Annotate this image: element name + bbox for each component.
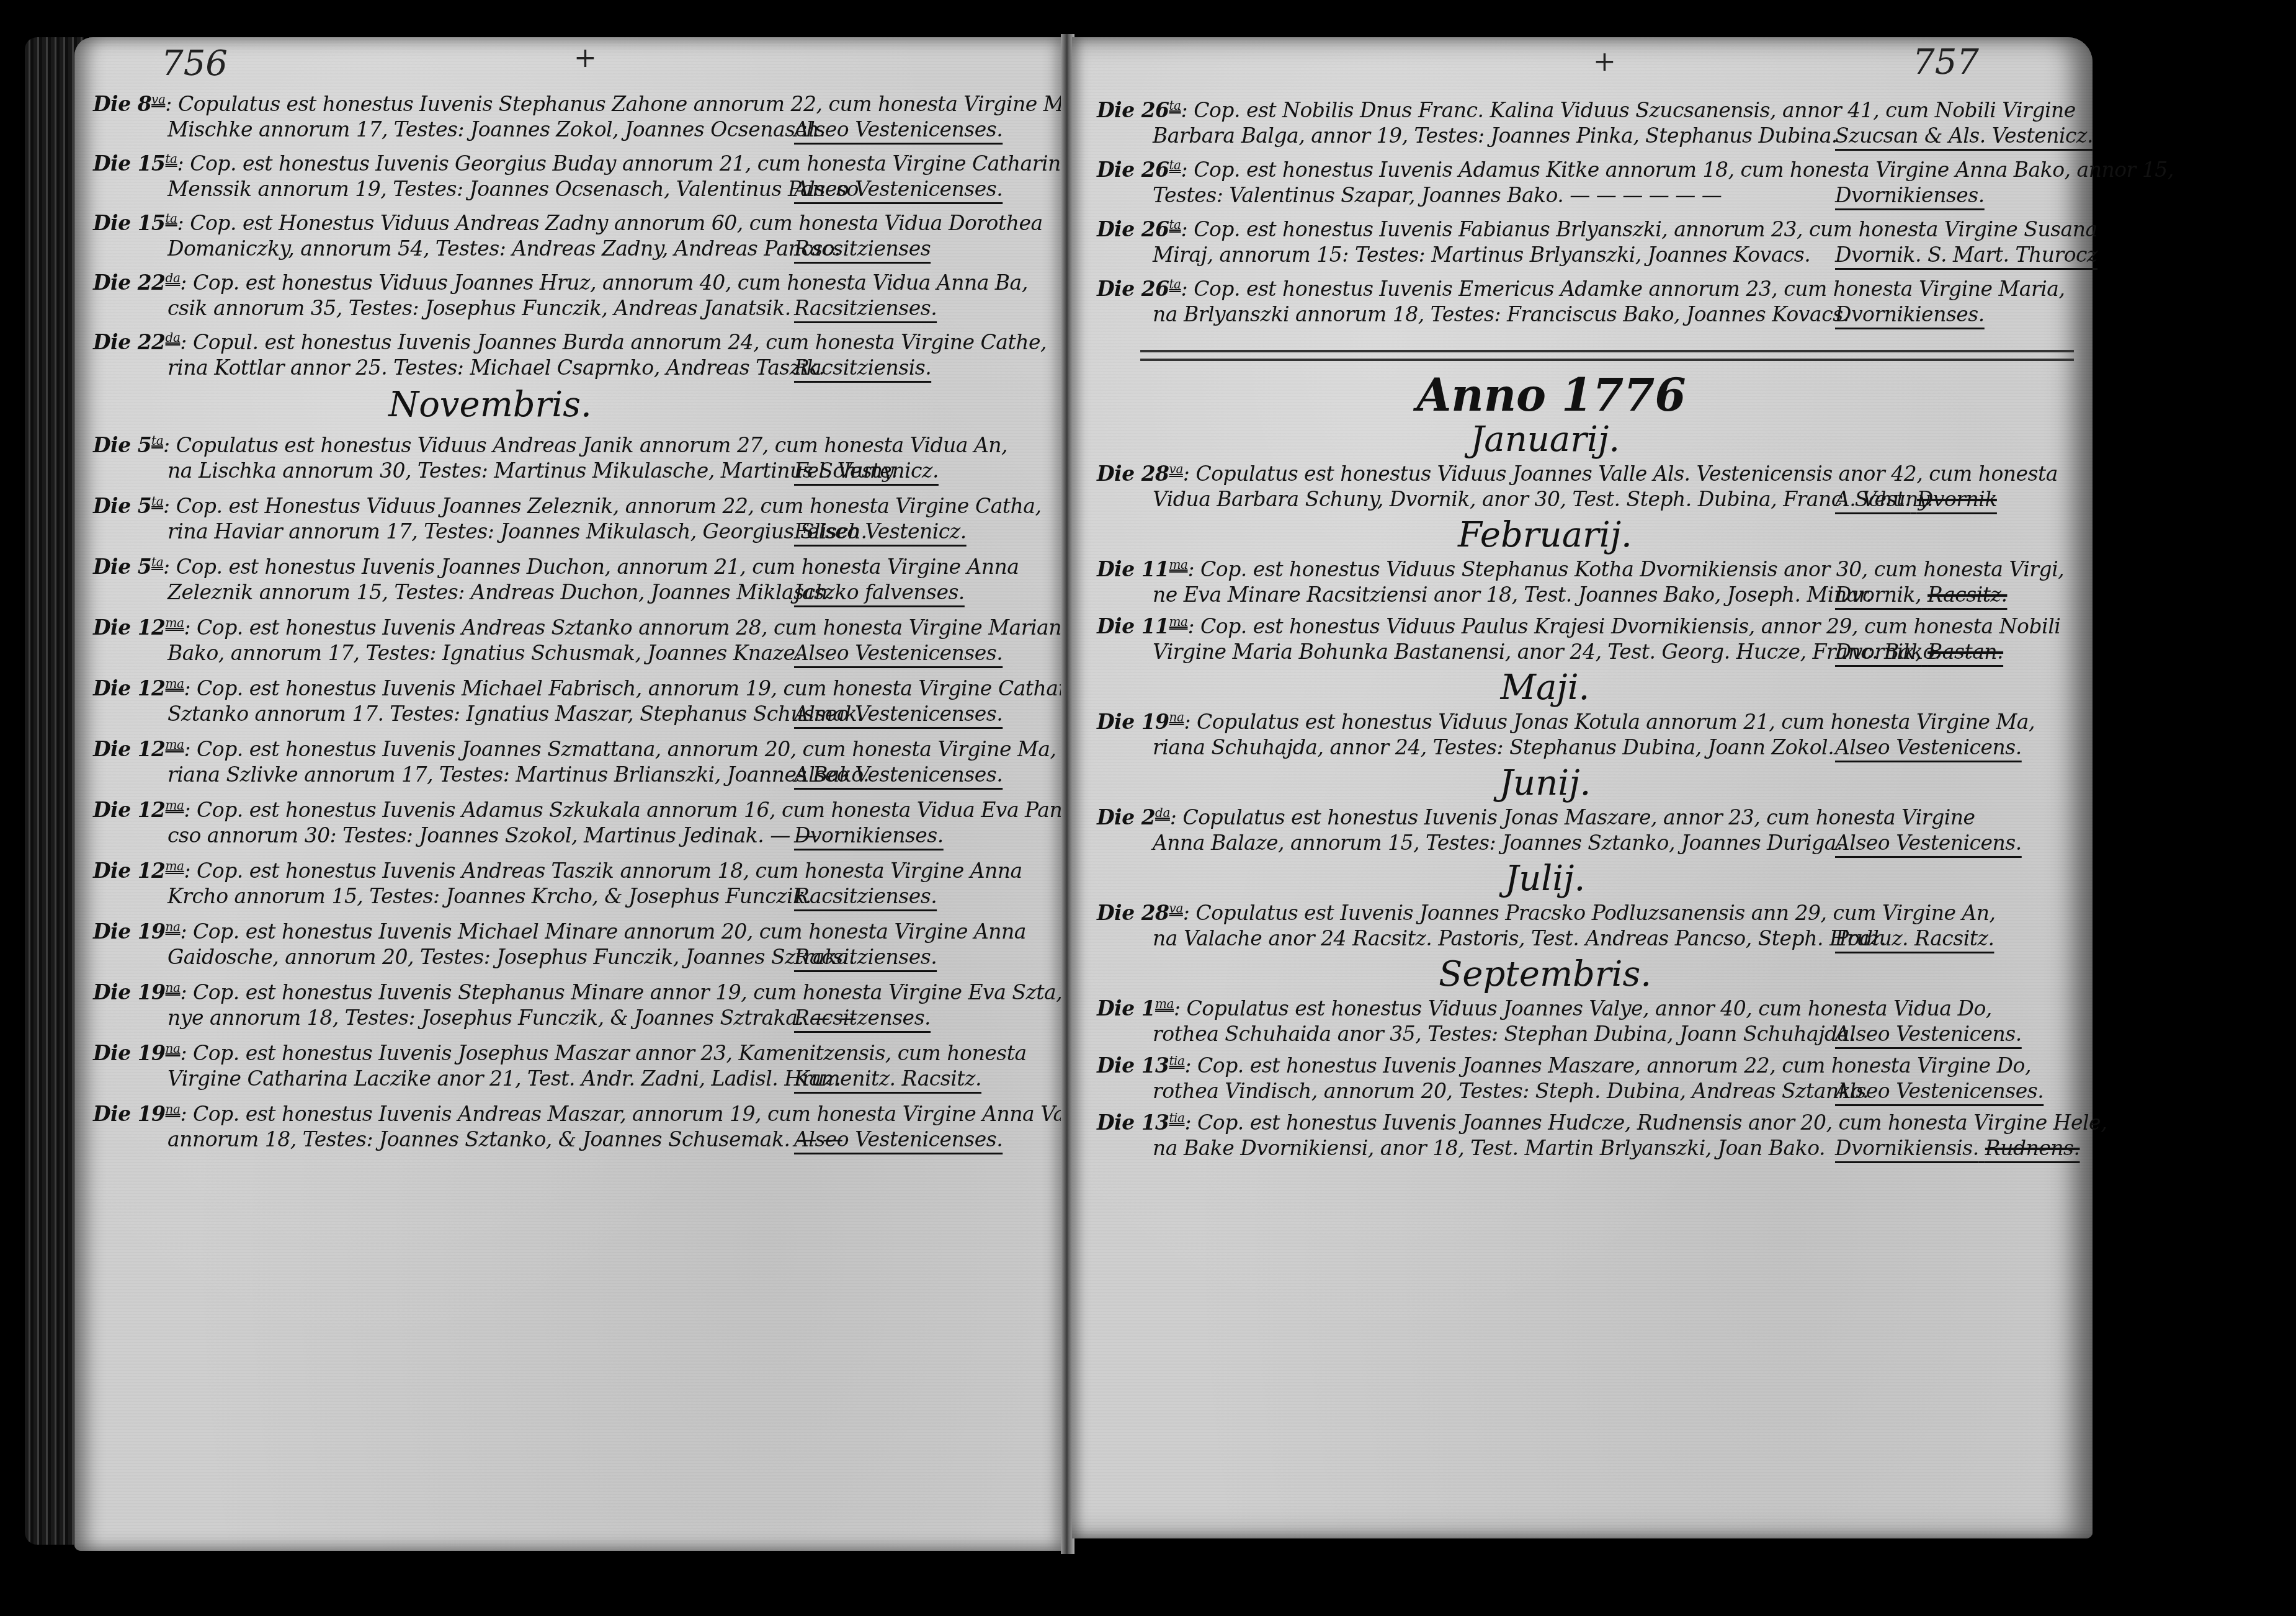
entry-day-label: Die <box>1097 614 1141 638</box>
entry-line-1: Die 22da: Copul. est honestus Iuvenis Jo… <box>93 331 1047 352</box>
struck-place: Bastan. <box>1927 640 2003 664</box>
entry-place: Dvornikienses. <box>1835 185 1985 205</box>
entry-text: Cop. est honestus Iuvenis Fabianus Brlya… <box>1194 217 2097 241</box>
entry-text: Cop. est Honestus Viduus Joannes Zelezni… <box>176 494 1042 518</box>
entry-place: Racsitziensis. <box>794 357 931 378</box>
entry-day-label: Die <box>93 330 138 354</box>
entry-text: Cop. est honestus Iuvenis Joannes Hudcze… <box>1197 1110 2107 1135</box>
register-entry: Die 12ma: Cop. est honestus Iuvenis Andr… <box>74 617 1061 666</box>
right-page: + 757 Die 26ta: Cop. est Nobilis Dnus Fr… <box>1072 37 2093 1538</box>
entry-day-suffix: ma <box>166 615 184 630</box>
entry-line-2: rina Kottlar annor 25. Testes: Michael C… <box>168 357 824 378</box>
entry-line-2: Mischke annorum 17, Testes: Joannes Zoko… <box>168 119 825 140</box>
entry-text: Virgine Catharina Laczike anor 21, Test.… <box>168 1066 841 1091</box>
register-entry: Die 19na: Cop. est honestus Iuvenis Mich… <box>74 921 1061 970</box>
entry-day-label: Die <box>1097 996 1141 1020</box>
entry-text: na Bake Dvornikiensi, anor 18, Test. Mar… <box>1153 1136 1825 1160</box>
register-entry: Die 15ta: Cop. est Honestus Viduus Andre… <box>74 212 1061 262</box>
entry-day-suffix: ta <box>166 211 177 226</box>
place-name: Racsitzienses. <box>794 945 937 969</box>
entry-day: 12 <box>138 798 166 822</box>
place-name: Alseo Vestenicens. <box>1835 1022 2022 1046</box>
entry-place: Alseo Vestenicenses. <box>794 179 1003 199</box>
entry-day-label: Die <box>93 1041 138 1065</box>
entry-line-2: rothea Vindisch, annorum 20, Testes: Ste… <box>1153 1081 1869 1101</box>
entry-day-suffix: na <box>166 1041 181 1056</box>
entry-text: Copulatus est honestus Iuvenis Stephanus… <box>178 92 1104 116</box>
entry-line-1: Die 19na: Copulatus est honestus Viduus … <box>1097 711 2035 732</box>
register-entry: Die 11ma: Cop. est honestus Viduus Paulu… <box>1072 615 2093 665</box>
register-entry: Die 26ta: Cop. est honestus Iuvenis Fabi… <box>1072 218 2093 268</box>
place-name: Alseo Vestenicens. <box>1835 831 2022 855</box>
entry-text: Virgine Maria Bohunka Bastanensi, anor 2… <box>1153 640 1941 664</box>
entry-day: 19 <box>1141 710 1169 734</box>
register-entry: Die 2da: Copulatus est honestus Iuvenis … <box>1072 806 2093 856</box>
entry-text: Cop. est Honestus Viduus Andreas Zadny a… <box>190 211 1042 235</box>
entry-text: Zeleznik annorum 15, Testes: Andreas Duc… <box>168 580 834 604</box>
place-name: Alseo Vestenicens. <box>1835 735 2022 759</box>
entry-line-1: Die 22da: Cop. est honestus Viduus Joann… <box>93 272 1028 293</box>
place-name: Alseo Vestenicenses. <box>794 762 1003 787</box>
entry-line-1: Die 12ma: Cop. est honestus Iuvenis Joan… <box>93 738 1056 759</box>
entry-line-2: Bako, annorum 17, Testes: Ignatius Schus… <box>168 643 802 663</box>
place-name: Dvornikiensis. <box>1835 1136 1979 1160</box>
entry-day: 26 <box>1141 158 1169 182</box>
entry-text: Cop. est honestus Iuvenis Joannes Szmatt… <box>197 737 1056 761</box>
entry-day-suffix: ma <box>166 676 184 691</box>
entry-line-2: rothea Schuhaida anor 35, Testes: Stepha… <box>1153 1024 1856 1044</box>
entry-day-label: Die <box>1097 557 1141 581</box>
entry-day-suffix: ma <box>166 859 184 873</box>
entry-line-1: Die 26ta: Cop. est Nobilis Dnus Franc. K… <box>1097 99 2076 120</box>
entry-day: 13 <box>1141 1053 1169 1078</box>
register-entry: Die 26ta: Cop. est Nobilis Dnus Franc. K… <box>1072 99 2093 149</box>
register-entry: Die 26ta: Cop. est honestus Iuvenis Adam… <box>1072 159 2093 208</box>
entry-line-2: Gaidosche, annorum 20, Testes: Josephus … <box>168 947 855 967</box>
entry-day: 22 <box>138 270 166 295</box>
entry-text: csik annorum 35, Testes: Josephus Funczi… <box>168 296 791 320</box>
double-rule-bottom <box>1140 359 2074 361</box>
place-name: Dvornikienses. <box>794 823 944 847</box>
entry-text: Cop. est honestus Iuvenis Adamus Szkukal… <box>197 798 1068 822</box>
entry-line-2: Testes: Valentinus Szapar, Joannes Bako.… <box>1153 185 1722 205</box>
entry-place: Dvornik, Bastan. <box>1835 641 2003 662</box>
entry-text: annorum 18, Testes: Joannes Sztanko, & J… <box>168 1127 842 1151</box>
register-entry: Die 19na: Copulatus est honestus Viduus … <box>1072 711 2093 761</box>
register-entry: Die 19na: Cop. est honestus Iuvenis Jose… <box>74 1042 1061 1092</box>
entry-line-1: Die 12ma: Cop. est honestus Iuvenis Mich… <box>93 677 1099 699</box>
entry-day: 26 <box>1141 217 1169 241</box>
entry-line-2: Domaniczky, annorum 54, Testes: Andreas … <box>168 238 841 259</box>
entry-day-suffix: ma <box>1169 557 1188 572</box>
entry-day-suffix: tia <box>1169 1053 1185 1068</box>
entry-text: Cop. est honestus Iuvenis Adamus Kitke a… <box>1194 158 2174 182</box>
entry-text: na Brlyanszki annorum 18, Testes: Franci… <box>1153 302 1849 326</box>
entry-day: 5 <box>138 494 151 518</box>
register-entry: Die 22da: Copul. est honestus Iuvenis Jo… <box>74 331 1061 381</box>
register-entry: Die 26ta: Cop. est honestus Iuvenis Emer… <box>1072 278 2093 328</box>
place-name: Felseo Vestenicz. <box>794 519 967 543</box>
register-entry: Die 19na: Cop. est honestus Iuvenis Step… <box>74 981 1061 1031</box>
entry-day-suffix: ta <box>1169 277 1181 292</box>
entry-line-2: csik annorum 35, Testes: Josephus Funczi… <box>168 298 791 318</box>
entry-text: Cop. est honestus Viduus Paulus Krajesi … <box>1200 614 2060 638</box>
entry-text: ne Eva Minare Racsitziensi anor 18, Test… <box>1153 583 1872 607</box>
entry-day: 1 <box>1141 996 1155 1020</box>
place-name: Racsitzenses. <box>794 1006 931 1030</box>
page-number-left: 756 <box>161 43 228 84</box>
place-name: Dvornik, <box>1835 640 1921 664</box>
entry-day-suffix: na <box>166 1102 181 1117</box>
entry-day: 12 <box>138 615 166 640</box>
entry-day-suffix: ma <box>1155 996 1174 1011</box>
month-heading: Septembris. <box>998 954 2093 994</box>
register-entry: Die 12ma: Cop. est honestus Iuvenis Joan… <box>74 738 1061 788</box>
entry-place: Felseo Vestenicz. <box>794 521 967 542</box>
entry-text: Cop. est honestus Iuvenis Andreas Taszik… <box>197 859 1022 883</box>
entry-day-suffix: na <box>1169 710 1184 725</box>
entry-text: Cop. est honestus Viduus Joannes Hruz, a… <box>193 270 1028 295</box>
entry-text: Miraj, annorum 15: Testes: Martinus Brly… <box>1153 243 1810 267</box>
register-entry: Die 12ma: Cop. est honestus Iuvenis Mich… <box>74 677 1061 727</box>
entry-line-2: Virgine Maria Bohunka Bastanensi, anor 2… <box>1153 641 1941 662</box>
entry-day-label: Die <box>93 1102 138 1126</box>
entry-text: Cop. est honestus Iuvenis Michael Fabris… <box>197 676 1099 700</box>
entry-text: Cop. est honestus Iuvenis Andreas Sztank… <box>197 615 1073 640</box>
entry-text: Copulatus est honestus Viduus Joannes Va… <box>1187 996 1992 1020</box>
entry-text: Cop. est honestus Iuvenis Joannes Duchon… <box>176 555 1019 579</box>
entry-day-suffix: va <box>151 92 165 107</box>
entry-line-1: Die 11ma: Cop. est honestus Viduus Paulu… <box>1097 615 2060 636</box>
entry-text: Anna Balaze, annorum 15, Testes: Joannes… <box>1153 831 1843 855</box>
entry-line-1: Die 13tia: Cop. est honestus Iuvenis Joa… <box>1097 1112 2107 1133</box>
entry-line-1: Die 19na: Cop. est honestus Iuvenis Step… <box>93 981 1062 1002</box>
entry-line-2: cso annorum 30: Testes: Joannes Szokol, … <box>168 825 816 846</box>
entry-text: riana Schuhajda, annor 24, Testes: Steph… <box>1153 735 1834 759</box>
entry-text: Copulatus est Iuvenis Joannes Pracsko Po… <box>1195 901 1995 925</box>
entry-text: Copulatus est honestus Viduus Jonas Kotu… <box>1197 710 2035 734</box>
entry-text: Copulatus est honestus Viduus Andreas Ja… <box>176 433 1007 457</box>
entry-place: Racsitzienses. <box>794 947 937 967</box>
entry-line-1: Die 2da: Copulatus est honestus Iuvenis … <box>1097 806 1975 828</box>
place-name: Dvornikienses. <box>1835 302 1985 326</box>
entry-day-suffix: ma <box>1169 614 1188 629</box>
entry-line-1: Die 1ma: Copulatus est honestus Viduus J… <box>1097 998 1992 1019</box>
entry-day-label: Die <box>1097 217 1141 241</box>
place-name: Racsitziensis. <box>794 355 931 380</box>
register-entry: Die 28va: Copulatus est honestus Viduus … <box>1072 463 2093 512</box>
entry-text: Cop. est honestus Iuvenis Joannes Maszar… <box>1197 1053 2031 1078</box>
entry-day-label: Die <box>93 494 138 518</box>
entry-day: 28 <box>1141 901 1169 925</box>
double-rule-top <box>1140 350 2074 352</box>
entry-line-1: Die 19na: Cop. est honestus Iuvenis Andr… <box>93 1103 1102 1124</box>
entry-day-suffix: ta <box>151 433 163 448</box>
entry-day: 19 <box>138 1102 166 1126</box>
entry-place: Szucsan & Als. Vestenicz. <box>1835 125 2093 146</box>
entry-line-2: Sztanko annorum 17. Testes: Ignatius Mas… <box>168 703 863 724</box>
entry-text: Gaidosche, annorum 20, Testes: Josephus … <box>168 945 855 969</box>
month-heading: Novembris. <box>0 385 1061 425</box>
place-name: Alseo Vestenicenses. <box>794 117 1003 141</box>
entry-line-2: Menssik annorum 19, Testes: Joannes Ocse… <box>168 179 864 199</box>
cross-mark: + <box>1593 46 1616 78</box>
entry-text: Cop. est honestus Iuvenis Michael Minare… <box>193 919 1026 944</box>
entry-day-label: Die <box>1097 710 1141 734</box>
place-name: A. Vest. <box>1835 487 1911 511</box>
entry-line-1: Die 12ma: Cop. est honestus Iuvenis Andr… <box>93 860 1022 881</box>
entry-day: 19 <box>138 919 166 944</box>
page-number-right: 757 <box>1913 42 1979 83</box>
entry-place: Alseo Vestenicenses. <box>794 1129 1003 1150</box>
entry-place: Jaszko falvenses. <box>794 582 965 602</box>
entry-text: rothea Vindisch, annorum 20, Testes: Ste… <box>1153 1079 1869 1103</box>
entry-line-1: Die 12ma: Cop. est honestus Iuvenis Andr… <box>93 617 1073 638</box>
entry-day-suffix: va <box>1169 901 1183 916</box>
entry-line-1: Die 26ta: Cop. est honestus Iuvenis Emer… <box>1097 278 2065 299</box>
entry-day-suffix: ta <box>151 555 163 569</box>
entry-text: Bako, annorum 17, Testes: Ignatius Schus… <box>168 641 802 665</box>
entry-day-suffix: ta <box>1169 158 1181 172</box>
entry-day-suffix: tia <box>1169 1110 1185 1125</box>
entry-place: Dvornikiensis. Rudnens. <box>1835 1138 2080 1158</box>
entry-day-label: Die <box>93 433 138 457</box>
entry-line-1: Die 8va: Copulatus est honestus Iuvenis … <box>93 93 1104 114</box>
entry-place: Dvornik. S. Mart. Thurocz <box>1835 244 2097 265</box>
entry-place: Podluz. Racsitz. <box>1835 928 1994 949</box>
entry-place: Alseo Vestenicenses. <box>794 643 1003 663</box>
entry-text: cso annorum 30: Testes: Joannes Szokol, … <box>168 823 816 847</box>
entry-day-label: Die <box>1097 158 1141 182</box>
entry-day-suffix: na <box>166 980 181 995</box>
entry-day-suffix: da <box>166 270 181 285</box>
entry-text: Copul. est honestus Iuvenis Joannes Burd… <box>193 330 1047 354</box>
entry-day-label: Die <box>93 615 138 640</box>
entry-day-label: Die <box>93 798 138 822</box>
place-name: Alseo Vestenicenses. <box>1835 1079 2044 1103</box>
struck-place: Racsitz. <box>1927 583 2007 607</box>
entry-place: A. Vest. Dvornik <box>1835 489 1997 509</box>
struck-place: Rudnens. <box>1985 1136 2080 1160</box>
place-name: Racsitzienses. <box>794 884 937 908</box>
entry-text: Menssik annorum 19, Testes: Joannes Ocse… <box>168 177 864 201</box>
entry-day: 28 <box>1141 462 1169 486</box>
entry-day-suffix: ta <box>1169 217 1181 232</box>
entry-day-suffix: ma <box>166 737 184 752</box>
place-name: Fel. Vestenicz. <box>794 458 939 483</box>
place-name: Dvornik. S. Mart. Thurocz <box>1835 243 2097 267</box>
entry-day: 12 <box>138 737 166 761</box>
entry-line-1: Die 11ma: Cop. est honestus Viduus Steph… <box>1097 558 2064 579</box>
entry-line-2: nye annorum 18, Testes: Josephus Funczik… <box>168 1007 856 1028</box>
entry-text: rothea Schuhaida anor 35, Testes: Stepha… <box>1153 1022 1856 1046</box>
entry-day: 13 <box>1141 1110 1169 1135</box>
register-entry: Die 13tia: Cop. est honestus Iuvenis Joa… <box>1072 1055 2093 1104</box>
entry-place: Racsitzienses. <box>794 886 937 906</box>
entry-line-1: Die 12ma: Cop. est honestus Iuvenis Adam… <box>93 799 1068 820</box>
entry-text: rina Haviar annorum 17, Testes: Joannes … <box>168 519 867 543</box>
entry-place: Alseo Vestenicenses. <box>794 764 1003 785</box>
entry-place: Alseo Vestenicenses. <box>794 703 1003 724</box>
register-entry: Die 13tia: Cop. est honestus Iuvenis Joa… <box>1072 1112 2093 1161</box>
place-name: Racsitzienses. <box>794 296 937 320</box>
entry-day: 11 <box>1141 557 1169 581</box>
entry-text: Testes: Valentinus Szapar, Joannes Bako.… <box>1153 183 1722 207</box>
entry-place: Racsitzenses. <box>794 1007 931 1028</box>
entry-line-2: riana Szlivke annorum 17, Testes: Martin… <box>168 764 869 785</box>
entry-day-label: Die <box>1097 462 1141 486</box>
entry-text: Cop. est honestus Viduus Stephanus Kotha… <box>1200 557 2064 581</box>
entry-day: 19 <box>138 980 166 1004</box>
entry-place: Alseo Vestenicens. <box>1835 737 2022 757</box>
register-entry: Die 12ma: Cop. est honestus Iuvenis Adam… <box>74 799 1061 849</box>
entry-line-1: Die 13tia: Cop. est honestus Iuvenis Joa… <box>1097 1055 2031 1076</box>
entry-day-label: Die <box>93 151 138 176</box>
entry-line-1: Die 19na: Cop. est honestus Iuvenis Mich… <box>93 921 1026 942</box>
entry-line-1: Die 5ta: Cop. est Honestus Viduus Joanne… <box>93 495 1041 516</box>
entry-day-suffix: ma <box>166 798 184 813</box>
entry-text: na Lischka annorum 30, Testes: Martinus … <box>168 458 897 483</box>
entry-day-suffix: ta <box>166 151 177 166</box>
entry-day: 26 <box>1141 98 1169 122</box>
entry-text: Cop. est honestus Iuvenis Emericus Adamk… <box>1194 277 2065 301</box>
entry-day: 19 <box>138 1041 166 1065</box>
place-name: Dvornik, <box>1835 583 1921 607</box>
entry-day: 5 <box>138 433 151 457</box>
left-page: 756 + Die 8va: Copulatus est honestus Iu… <box>74 37 1061 1551</box>
entry-line-2: Barbara Balga, annor 19, Testes: Joannes… <box>1153 125 1838 146</box>
entry-day: 5 <box>138 555 151 579</box>
entry-day-suffix: na <box>166 919 181 934</box>
entry-text: Vidua Barbara Schuny, Dvornik, anor 30, … <box>1153 487 1933 511</box>
year-heading: Anno 1776 <box>1010 368 2093 421</box>
entry-line-1: Die 15ta: Cop. est Honestus Viduus Andre… <box>93 212 1043 233</box>
entry-place: Alseo Vestenicenses. <box>1835 1081 2044 1101</box>
entry-line-2: Krcho annorum 15, Testes: Joannes Krcho,… <box>168 886 811 906</box>
entry-place: Dvornikienses. <box>794 825 944 846</box>
entry-line-2: na Lischka annorum 30, Testes: Martinus … <box>168 460 897 481</box>
entry-day-suffix: va <box>1169 462 1183 476</box>
entry-text: rina Kottlar annor 25. Testes: Michael C… <box>168 355 824 380</box>
entry-day-suffix: ta <box>1169 98 1181 113</box>
place-name: Racsitzienses <box>794 236 931 261</box>
entry-line-1: Die 5ta: Cop. est honestus Iuvenis Joann… <box>93 556 1019 577</box>
entry-line-1: Die 28va: Copulatus est Iuvenis Joannes … <box>1097 902 1996 923</box>
place-name: Szucsan & Als. Vestenicz. <box>1835 123 2093 148</box>
entry-place: Fel. Vestenicz. <box>794 460 939 481</box>
month-heading: Julij. <box>998 859 2093 899</box>
entry-day-label: Die <box>93 92 138 116</box>
entry-day: 2 <box>1141 805 1155 829</box>
cross-mark: + <box>574 42 597 74</box>
register-entry: Die 8va: Copulatus est honestus Iuvenis … <box>74 93 1061 143</box>
entry-line-2: na Brlyanszki annorum 18, Testes: Franci… <box>1153 304 1849 324</box>
entry-day-label: Die <box>1097 805 1141 829</box>
register-entry: Die 5ta: Cop. est Honestus Viduus Joanne… <box>74 495 1061 545</box>
entry-text: Cop. est Nobilis Dnus Franc. Kalina Vidu… <box>1194 98 2076 122</box>
entry-day-label: Die <box>93 919 138 944</box>
book-spread: 756 + Die 8va: Copulatus est honestus Iu… <box>0 0 2296 1616</box>
entry-text: Krcho annorum 15, Testes: Joannes Krcho,… <box>168 884 811 908</box>
entry-text: Barbara Balga, annor 19, Testes: Joannes… <box>1153 123 1838 148</box>
entry-day: 15 <box>138 211 166 235</box>
entry-line-2: na Valache anor 24 Racsitz. Pastoris, Te… <box>1153 928 1886 949</box>
place-name: Alseo Vestenicenses. <box>794 1127 1003 1151</box>
register-entry: Die 5ta: Cop. est honestus Iuvenis Joann… <box>74 556 1061 605</box>
place-name: Podluz. Racsitz. <box>1835 926 1994 950</box>
entry-place: Racsitzienses <box>794 238 931 259</box>
entry-text: Cop. est honestus Iuvenis Josephus Masza… <box>193 1041 1027 1065</box>
entry-place: Kamenitz. Racsitz. <box>794 1068 981 1089</box>
entry-text: na Valache anor 24 Racsitz. Pastoris, Te… <box>1153 926 1886 950</box>
entry-day-label: Die <box>1097 277 1141 301</box>
entry-day: 26 <box>1141 277 1169 301</box>
entry-text: Cop. est honestus Iuvenis Andreas Maszar… <box>193 1102 1102 1126</box>
entry-line-2: rina Haviar annorum 17, Testes: Joannes … <box>168 521 867 542</box>
entry-day-suffix: da <box>1155 805 1170 820</box>
month-heading: Januarij. <box>998 419 2093 460</box>
entry-line-1: Die 28va: Copulatus est honestus Viduus … <box>1097 463 2058 484</box>
entry-day: 22 <box>138 330 166 354</box>
entry-line-2: Virgine Catharina Laczike anor 21, Test.… <box>168 1068 841 1089</box>
struck-place: Dvornik <box>1917 487 1997 511</box>
entry-text: nye annorum 18, Testes: Josephus Funczik… <box>168 1006 856 1030</box>
entry-day: 11 <box>1141 614 1169 638</box>
entry-place: Alseo Vestenicens. <box>1835 1024 2022 1044</box>
entry-line-1: Die 26ta: Cop. est honestus Iuvenis Fabi… <box>1097 218 2097 239</box>
month-heading: Februarij. <box>998 515 2093 555</box>
register-entry: Die 15ta: Cop. est honestus Iuvenis Geor… <box>74 153 1061 202</box>
entry-line-2: annorum 18, Testes: Joannes Sztanko, & J… <box>168 1129 842 1150</box>
register-entry: Die 12ma: Cop. est honestus Iuvenis Andr… <box>74 860 1061 909</box>
month-heading: Maji. <box>998 667 2093 708</box>
entry-day-label: Die <box>93 555 138 579</box>
entry-line-1: Die 19na: Cop. est honestus Iuvenis Jose… <box>93 1042 1027 1063</box>
entry-text: Copulatus est honestus Viduus Joannes Va… <box>1195 462 2058 486</box>
entry-text: Cop. est honestus Iuvenis Stephanus Mina… <box>193 980 1062 1004</box>
entry-day: 12 <box>138 859 166 883</box>
entry-day: 8 <box>138 92 151 116</box>
register-entry: Die 5ta: Copulatus est honestus Viduus A… <box>74 434 1061 484</box>
register-entry: Die 22da: Cop. est honestus Viduus Joann… <box>74 272 1061 321</box>
entry-day-suffix: da <box>166 330 181 345</box>
entry-day-label: Die <box>93 211 138 235</box>
register-entry: Die 28va: Copulatus est Iuvenis Joannes … <box>1072 902 2093 952</box>
entry-place: Dvornikienses. <box>1835 304 1985 324</box>
entry-line-2: riana Schuhajda, annor 24, Testes: Steph… <box>1153 737 1834 757</box>
entry-text: Copulatus est honestus Iuvenis Jonas Mas… <box>1182 805 1975 829</box>
entry-text: Domaniczky, annorum 54, Testes: Andreas … <box>168 236 841 261</box>
entry-line-2: na Bake Dvornikiensi, anor 18, Test. Mar… <box>1153 1138 1825 1158</box>
entry-day-label: Die <box>1097 1053 1141 1078</box>
entry-day-suffix: ta <box>151 494 163 509</box>
register-entry: Die 1ma: Copulatus est honestus Viduus J… <box>1072 998 2093 1047</box>
register-entry: Die 11ma: Cop. est honestus Viduus Steph… <box>1072 558 2093 608</box>
entry-text: Mischke annorum 17, Testes: Joannes Zoko… <box>168 117 825 141</box>
place-name: Alseo Vestenicenses. <box>794 702 1003 726</box>
entry-day-label: Die <box>93 980 138 1004</box>
entry-place: Alseo Vestenicenses. <box>794 119 1003 140</box>
place-name: Dvornikienses. <box>1835 183 1985 207</box>
entry-text: riana Szlivke annorum 17, Testes: Martin… <box>168 762 869 787</box>
entry-line-2: ne Eva Minare Racsitziensi anor 18, Test… <box>1153 584 1872 605</box>
entry-day-label: Die <box>93 270 138 295</box>
entry-line-1: Die 26ta: Cop. est honestus Iuvenis Adam… <box>1097 159 2174 180</box>
entry-line-2: Anna Balaze, annorum 15, Testes: Joannes… <box>1153 833 1843 853</box>
entry-line-1: Die 15ta: Cop. est honestus Iuvenis Geor… <box>93 153 1073 174</box>
entry-place: Dvornik, Racsitz. <box>1835 584 2007 605</box>
entry-place: Alseo Vestenicens. <box>1835 833 2022 853</box>
